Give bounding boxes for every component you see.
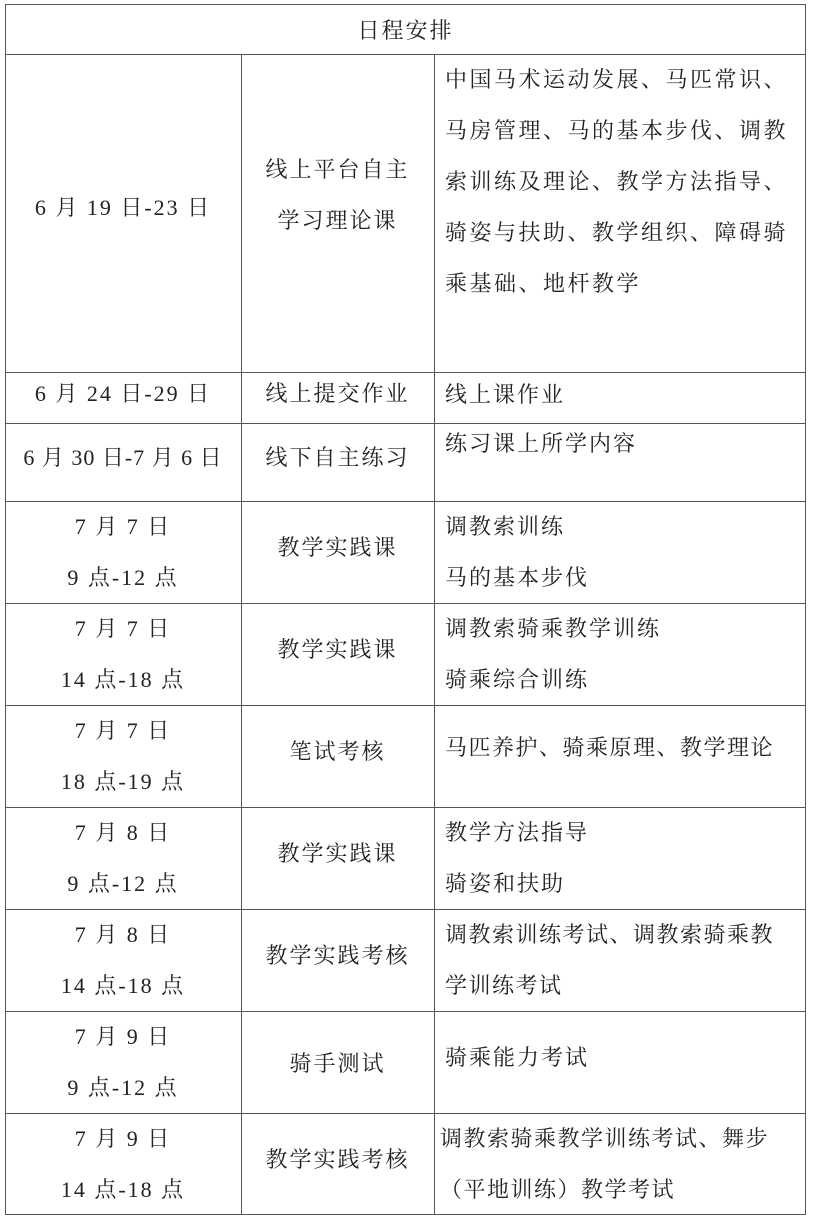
table-row-7-type: 教学实践课 [241, 807, 434, 909]
table-row-6-date: 7 月 7 日 18 点-19 点 [5, 705, 241, 807]
table-row-4-type: 教学实践课 [241, 501, 434, 603]
table-row-7-content: 教学方法指导 骑姿和扶助 [434, 807, 806, 909]
table-row-10-date: 7 月 9 日 14 点-18 点 [5, 1113, 241, 1215]
table-row-5-type: 教学实践课 [241, 603, 434, 705]
table-row-3-date: 6 月 30 日-7 月 6 日 [0, 423, 246, 501]
table-row-10-type: 教学实践考核 [241, 1113, 434, 1215]
table-row-8-content: 调教索训练考试、调教索骑乘教 学训练考试 [434, 909, 806, 1011]
table-row-1-date: 6 月 19 日-23 日 [5, 54, 241, 372]
table-row-2-content: 线上课作业 [434, 372, 806, 423]
table-row-9-type: 骑手测试 [241, 1011, 434, 1113]
table-row-3-content: 练习课上所学内容 [434, 423, 806, 501]
table-row-1-content: 中国马术运动发展、马匹常识、 马房管理、马的基本步伐、调教 索训练及理论、教学方… [434, 54, 806, 372]
table-row-4-content: 调教索训练 马的基本步伐 [434, 501, 806, 603]
table-row-8-date: 7 月 8 日 14 点-18 点 [5, 909, 241, 1011]
table-row-9-date: 7 月 9 日 9 点-12 点 [5, 1011, 241, 1113]
table-row-4-date: 7 月 7 日 9 点-12 点 [5, 501, 241, 603]
table-row-8-type: 教学实践考核 [241, 909, 434, 1011]
table-row-6-type: 笔试考核 [241, 705, 434, 807]
table-row-6-content: 马匹养护、骑乘原理、教学理论 [434, 705, 806, 807]
table-row-7-date: 7 月 8 日 9 点-12 点 [5, 807, 241, 909]
table-row-5-content: 调教索骑乘教学训练 骑乘综合训练 [434, 603, 806, 705]
table-row-10-content: 调教索骑乘教学训练考试、舞步 （平地训练）教学考试 [434, 1113, 806, 1215]
table-row-1-type: 线上平台自主 学习理论课 [241, 54, 434, 372]
table-row-5-date: 7 月 7 日 14 点-18 点 [5, 603, 241, 705]
table-row-2-type: 线上提交作业 [241, 372, 434, 423]
table-row-9-content: 骑乘能力考试 [434, 1011, 806, 1113]
table-row-3-type: 线下自主练习 [241, 423, 434, 501]
table-row-2-date: 6 月 24 日-29 日 [5, 372, 241, 423]
table-title: 日程安排 [5, 4, 806, 54]
